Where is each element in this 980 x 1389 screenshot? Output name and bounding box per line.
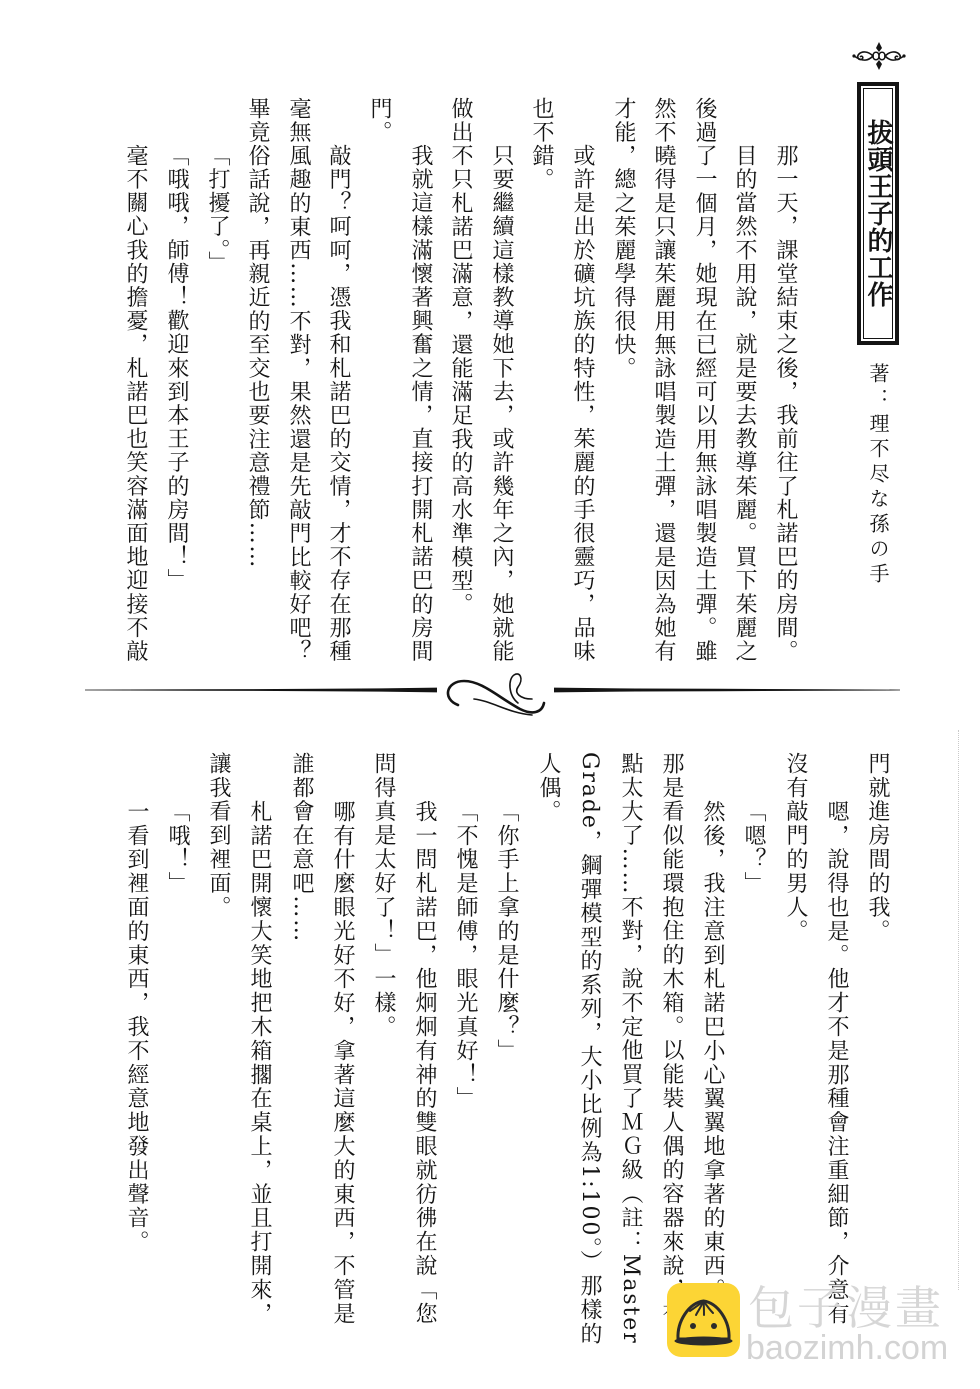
watermark-brand-url: baozimh.com (746, 1330, 948, 1366)
text-column: 或許是出於礦坑族的特性，茱麗的手很靈巧，品味 (570, 97, 594, 663)
text-column: 讓我看到裡面。 (206, 752, 230, 919)
text-column: 點太大了……不對，說不定他買了ＭＧ級（註：Master (618, 752, 642, 1345)
text-column: Grade，鋼彈模型的系列，大小比例為1:100。）那樣的 (577, 752, 601, 1346)
text-column: 毫不關心我的擔憂，札諾巴也笑容滿面地迎接不敲 (123, 97, 147, 663)
title-frame: 拔頭王子的工作 (857, 82, 899, 345)
text-column: 做出不只札諾巴滿意，還能滿足我的高水準模型。 (448, 97, 472, 616)
scan-edge-artifact (958, 730, 959, 1290)
text-column: 「哦！」 (165, 752, 189, 896)
text-column: 哪有什麼眼光好不好，拿著這麼大的東西，不管是 (330, 752, 354, 1326)
author-name: 理不尽な孫の手 (866, 413, 890, 588)
text-column: 然後，我注意到札諾巴小心翼翼地拿著的東西。 (700, 752, 724, 1302)
bun-mascot-icon (667, 1283, 740, 1357)
text-column: 「嗯？」 (741, 752, 765, 896)
watermark-brand-name: 包子漫畫 (748, 1282, 944, 1334)
text-column: 後過了一個月，她現在已經可以用無詠唱製造土彈。雖 (692, 97, 716, 663)
text-column: 敲門？呵呵，憑我和札諾巴的交情，才不存在那種 (326, 97, 350, 663)
text-column: 也不錯。 (529, 97, 553, 191)
text-column: 札諾巴開懷大笑地把木箱擱在桌上，並且打開來， (247, 752, 271, 1326)
author-credit: 著：理不尽な孫の手 (867, 363, 889, 588)
text-column: 才能，總之茱麗學得很快。 (611, 97, 635, 380)
author-label: 著： (866, 363, 890, 413)
flourish-divider-icon (80, 665, 905, 720)
text-column: 目的當然不用說，就是要去教導茱麗。買下茱麗之 (732, 97, 756, 663)
text-column: 然不曉得是只讓茱麗用無詠唱製造土彈，還是因為她有 (651, 97, 675, 663)
text-column: 「打擾了。」 (205, 97, 229, 275)
text-column: 「你手上拿的是什麼？」 (494, 752, 518, 1063)
text-column: 一看到裡面的東西，我不經意地發出聲音。 (124, 752, 148, 1254)
text-column: 人偶。 (536, 752, 560, 824)
text-column: 「不愧是師傅，眼光真好！」 (453, 752, 477, 1111)
text-column: 誰都會在意吧…… (289, 752, 313, 943)
fleuron-icon (851, 40, 907, 72)
text-column: 門就進房間的我。 (865, 752, 889, 943)
text-column: 那一天，課堂結束之後，我前往了札諾巴的房間。 (773, 97, 797, 663)
text-column: 毫無風趣的東西……不對，果然還是先敲門比較好吧？ (286, 97, 310, 663)
text-column: 嗯，說得也是。他才不是那種會注重細節，介意有 (824, 752, 848, 1326)
text-column: 沒有敲門的男人。 (783, 752, 807, 943)
chapter-title: 拔頭王子的工作 (864, 119, 892, 308)
text-column: 我一問札諾巴，他炯炯有神的雙眼就彷彿在說「您 (412, 752, 436, 1326)
text-column: 「哦哦，師傅！歡迎來到本王子的房間！」 (164, 97, 188, 592)
text-column: 畢竟俗話說，再親近的至交也要注意禮節…… (245, 97, 269, 569)
text-column: 門。 (367, 97, 391, 144)
text-column: 那是看似能環抱住的木箱。以能裝人偶的容器來說，有 (659, 752, 683, 1326)
text-column: 只要繼續這樣教導她下去，或許幾年之內，她就能 (489, 97, 513, 663)
text-column: 問得真是太好了！」一樣。 (371, 752, 395, 1039)
text-column: 我就這樣滿懷著興奮之情，直接打開札諾巴的房間 (408, 97, 432, 663)
